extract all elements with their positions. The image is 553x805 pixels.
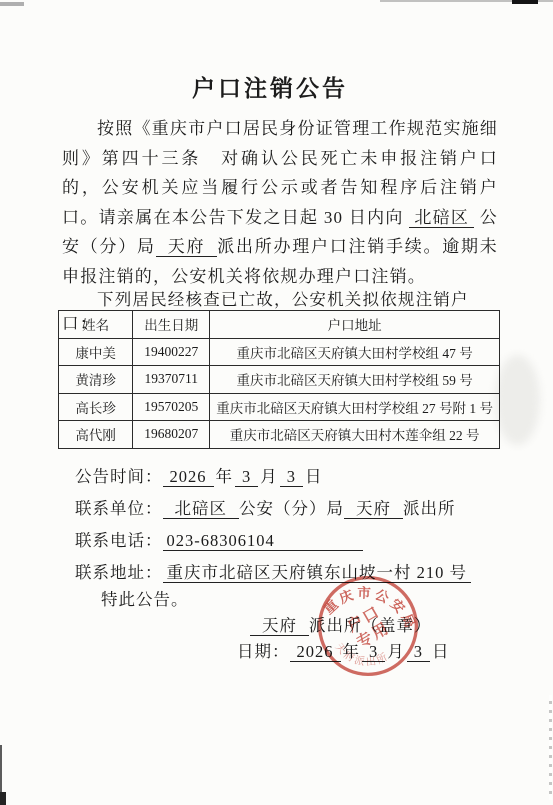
scan-smudge <box>495 355 540 445</box>
stamp-center-text-group: 户口 专用 <box>344 601 393 651</box>
contact-bureau: 公安（分）局 <box>239 499 344 518</box>
cell-name: 黄清珍 <box>59 366 133 394</box>
cell-address: 重庆市北碚区天府镇大田村学校组 59 号 <box>210 366 500 394</box>
contact-district-underlined: 北碚区 <box>163 499 240 519</box>
cell-address: 重庆市北碚区天府镇大田村学校组 27 号附 1 号 <box>210 393 500 421</box>
table-row: 康中美 19400227 重庆市北碚区天府镇大田村学校组 47 号 <box>59 338 500 366</box>
unit-month: 月 <box>260 467 278 486</box>
notice-time-line: 公告时间：2026年3月3日 <box>75 463 325 487</box>
cell-address: 重庆市北碚区天府镇大田村学校组 47 号 <box>210 338 500 366</box>
unit-day: 日 <box>305 467 323 486</box>
unit-day: 日 <box>432 642 450 661</box>
table-row: 黄清珍 19370711 重庆市北碚区天府镇大田村学校组 59 号 <box>59 366 500 394</box>
cell-dob: 19680207 <box>133 421 210 449</box>
page-title: 户口注销公告 <box>30 70 510 103</box>
deceased-residents-table: 姓名 出生日期 户口地址 康中美 19400227 重庆市北碚区天府镇大田村学校… <box>58 310 500 449</box>
scan-artifact-left-streak <box>0 745 2 805</box>
unit-year: 年 <box>216 467 234 486</box>
contact-unit-label: 联系单位： <box>75 499 163 518</box>
cell-name: 康中美 <box>59 338 133 366</box>
scan-artifact-top-right <box>512 0 538 4</box>
scan-artifact-right-specks <box>549 695 552 800</box>
cell-name: 高代刚 <box>59 421 133 449</box>
closing-line: 特此公告。 <box>101 586 189 610</box>
cell-dob: 19370711 <box>133 366 210 394</box>
notice-paragraph: 按照《重庆市户口居民身份证管理工作规范实施细则》第四十三条 对确认公民死亡未申报… <box>62 114 498 291</box>
cell-name: 高长珍 <box>59 393 133 421</box>
official-red-stamp: 重庆市公安局 天府派出所 户口 专用 <box>306 564 429 687</box>
contact-phone-label: 联系电话： <box>75 531 163 550</box>
contact-address-line: 联系地址：重庆市北碚区天府镇东山坡一村 210 号 <box>75 559 471 583</box>
scan-artifact-left-blob <box>0 792 6 805</box>
signature-date-label: 日期： <box>237 642 290 661</box>
cell-dob: 19570205 <box>133 393 210 421</box>
contact-phone-line: 联系电话：023-68306104 <box>75 527 363 551</box>
contact-station-suffix: 派出所 <box>403 499 456 518</box>
notice-time-label: 公告时间： <box>75 467 163 486</box>
header-name: 姓名 <box>59 311 133 339</box>
notice-year: 2026 <box>163 467 214 487</box>
header-address: 户口地址 <box>210 311 500 339</box>
header-dob: 出生日期 <box>133 311 210 339</box>
table-row: 高代刚 19680207 重庆市北碚区天府镇大田村木莲伞组 22 号 <box>59 421 500 449</box>
notice-month: 3 <box>235 467 258 487</box>
signature-station-underlined: 天府 <box>250 616 309 636</box>
document-page: 户口注销公告 按照《重庆市户口居民身份证管理工作规范实施细则》第四十三条 对确认… <box>0 0 553 805</box>
scan-artifact-top-line <box>380 0 553 2</box>
district-name-underlined: 北碚区 <box>409 208 474 228</box>
notice-day: 3 <box>280 467 303 487</box>
cell-dob: 19400227 <box>133 338 210 366</box>
contact-station-underlined: 天府 <box>344 499 403 519</box>
station-name-underlined: 天府 <box>156 237 218 257</box>
cell-address: 重庆市北碚区天府镇大田村木莲伞组 22 号 <box>210 421 500 449</box>
contact-phone-underlined: 023-68306104 <box>163 531 363 551</box>
contact-address-underlined: 重庆市北碚区天府镇东山坡一村 210 号 <box>163 563 472 583</box>
scan-artifact-top-left <box>0 2 24 6</box>
table-header-row: 姓名 出生日期 户口地址 <box>59 311 500 339</box>
table-row: 高长珍 19570205 重庆市北碚区天府镇大田村学校组 27 号附 1 号 <box>59 393 500 421</box>
contact-address-label: 联系地址： <box>75 563 163 582</box>
contact-unit-line: 联系单位：北碚区公安（分）局天府派出所 <box>75 495 456 519</box>
